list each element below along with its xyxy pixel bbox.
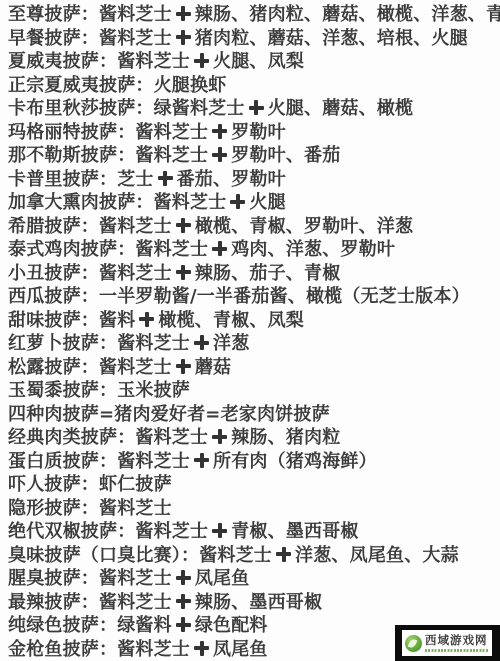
plus-icon	[212, 523, 227, 538]
plus-icon	[139, 312, 154, 327]
recipe-toppings: 凤尾鱼	[195, 568, 250, 589]
recipe-toppings: 辣肠、墨西哥椒	[195, 592, 322, 613]
recipe-toppings: 猪肉粒、蘑菇、洋葱、培根、火腿	[195, 28, 468, 49]
recipe-row: 正宗夏威夷披萨：火腿换虾	[8, 74, 500, 98]
recipe-toppings: 鸡肉、洋葱、罗勒叶	[231, 239, 395, 260]
recipe-row: 松露披萨：酱料芝士蘑菇	[8, 356, 500, 380]
recipe-base: 酱料芝士	[99, 216, 172, 237]
recipe-toppings: 罗勒叶、番茄	[231, 145, 340, 166]
recipe-base: 酱料芝士	[99, 263, 172, 284]
pizza-name: 玉蜀黍披萨：	[8, 380, 117, 401]
recipe-row: 泰式鸡肉披萨：酱料芝士鸡肉、洋葱、罗勒叶	[8, 238, 500, 262]
plus-icon	[212, 429, 227, 444]
plus-icon	[176, 359, 191, 374]
pizza-name: 正宗夏威夷披萨：	[8, 75, 154, 96]
recipe-row: 卡普里披萨：芝士番茄、罗勒叶	[8, 168, 500, 192]
recipe-base: 酱料芝士	[117, 51, 190, 72]
recipe-toppings: 火腿、凤梨	[213, 51, 304, 72]
recipe-row: 小丑披萨：酱料芝士辣肠、茄子、青椒	[8, 262, 500, 286]
recipe-base: 玉米披萨	[117, 380, 190, 401]
plus-icon	[176, 218, 191, 233]
pizza-name: 经典肉类披萨：	[8, 427, 135, 448]
pizza-name: 腥臭披萨：	[8, 568, 99, 589]
recipe-toppings: 洋葱	[213, 333, 249, 354]
pizza-name: 卡普里披萨：	[8, 169, 117, 190]
recipe-base: 酱料芝士	[199, 545, 272, 566]
pizza-name: 至尊披萨：	[8, 4, 99, 25]
plus-icon	[212, 124, 227, 139]
recipe-base: 酱料芝士	[99, 357, 172, 378]
recipe-base: 酱料芝士	[135, 239, 208, 260]
recipe-base: 酱料芝士	[117, 451, 190, 472]
pizza-name: 泰式鸡肉披萨：	[8, 239, 135, 260]
plus-icon	[194, 335, 209, 350]
recipe-row: 臭味披萨（口臭比赛）：酱料芝士洋葱、凤尾鱼、大蒜	[8, 544, 500, 568]
recipe-row: 隐形披萨：酱料芝士	[8, 497, 500, 521]
recipe-base: 酱料芝士	[99, 4, 172, 25]
plus-icon	[276, 547, 291, 562]
recipe-row: 玛格丽特披萨：酱料芝士罗勒叶	[8, 121, 500, 145]
recipe-base: 酱料	[99, 310, 135, 331]
plus-icon	[176, 30, 191, 45]
plus-icon	[176, 594, 191, 609]
recipe-row: 那不勒斯披萨：酱料芝士罗勒叶、番茄	[8, 144, 500, 168]
plus-icon	[194, 53, 209, 68]
pizza-name: 甜味披萨：	[8, 310, 99, 331]
recipe-toppings: 辣肠、猪肉粒、蘑菇、橄榄、洋葱、青椒	[195, 4, 500, 25]
pizza-name: 松露披萨：	[8, 357, 99, 378]
plus-icon	[230, 194, 245, 209]
pizza-name: 红萝卜披萨：	[8, 333, 117, 354]
recipe-base: 猪肉爱好者=老家肉饼披萨	[114, 404, 329, 425]
pizza-name: 西瓜披萨：	[8, 286, 99, 307]
site-logo-icon	[405, 635, 422, 652]
recipe-base: 酱料芝士	[117, 639, 190, 660]
recipe-base: 酱料芝士	[135, 145, 208, 166]
recipe-toppings: 青椒、墨西哥椒	[231, 521, 358, 542]
recipe-toppings: 洋葱、凤尾鱼、大蒜	[295, 545, 459, 566]
recipe-base: 绿酱料	[117, 615, 172, 636]
plus-icon	[158, 171, 173, 186]
pizza-name: 早餐披萨：	[8, 28, 99, 49]
pizza-name: 隐形披萨：	[8, 498, 99, 519]
recipe-base: 一半罗勒酱/一半番茄酱、橄榄（无芝士版本）	[99, 286, 470, 307]
recipe-row: 最辣披萨：酱料芝士辣肠、墨西哥椒	[8, 591, 500, 615]
pizza-name: 希腊披萨：	[8, 216, 99, 237]
recipe-row: 玉蜀黍披萨：玉米披萨	[8, 379, 500, 403]
watermark: 西域游戏网	[402, 630, 492, 656]
plus-icon	[194, 641, 209, 656]
recipe-list: 至尊披萨：酱料芝士辣肠、猪肉粒、蘑菇、橄榄、洋葱、青椒 早餐披萨：酱料芝士猪肉粒…	[8, 3, 500, 661]
recipe-base: 酱料芝士	[99, 592, 172, 613]
recipe-toppings: 绿色配料	[195, 615, 268, 636]
recipe-row: 卡布里秋莎披萨：绿酱料芝士火腿、蘑菇、橄榄	[8, 97, 500, 121]
pizza-name: 四种肉披萨=	[8, 404, 114, 425]
recipe-base: 酱料芝士	[99, 28, 172, 49]
pizza-name: 加拿大熏肉披萨：	[8, 192, 154, 213]
recipe-toppings: 火腿、蘑菇、橄榄	[268, 98, 414, 119]
recipe-base: 酱料芝士	[135, 427, 208, 448]
recipe-toppings: 辣肠、猪肉粒	[231, 427, 340, 448]
pizza-name: 小丑披萨：	[8, 263, 99, 284]
pizza-name: 卡布里秋莎披萨：	[8, 98, 154, 119]
recipe-base: 酱料芝士	[117, 333, 190, 354]
pizza-name: 夏威夷披萨：	[8, 51, 117, 72]
recipe-toppings: 橄榄、青椒、罗勒叶、洋葱	[195, 216, 413, 237]
recipe-row: 早餐披萨：酱料芝士猪肉粒、蘑菇、洋葱、培根、火腿	[8, 27, 500, 51]
plus-icon	[249, 100, 264, 115]
recipe-base: 芝士	[117, 169, 153, 190]
recipe-base: 火腿换虾	[154, 75, 227, 96]
recipe-row: 甜味披萨：酱料橄榄、青椒、凤梨	[8, 309, 500, 333]
recipe-row: 西瓜披萨：一半罗勒酱/一半番茄酱、橄榄（无芝士版本）	[8, 285, 500, 309]
plus-icon	[212, 241, 227, 256]
recipe-row: 经典肉类披萨：酱料芝士辣肠、猪肉粒	[8, 426, 500, 450]
plus-icon	[176, 617, 191, 632]
plus-icon	[176, 570, 191, 585]
plus-icon	[212, 147, 227, 162]
site-subtext-line	[425, 649, 489, 652]
recipe-toppings: 番茄、罗勒叶	[177, 169, 286, 190]
recipe-base: 酱料芝士	[135, 521, 208, 542]
recipe-base: 酱料芝士	[154, 192, 227, 213]
pizza-name: 吓人披萨：	[8, 474, 99, 495]
pizza-name: 臭味披萨（口臭比赛）：	[8, 545, 199, 566]
recipe-base: 酱料芝士	[99, 498, 172, 519]
recipe-base: 虾仁披萨	[99, 474, 172, 495]
recipe-row: 红萝卜披萨：酱料芝士洋葱	[8, 332, 500, 356]
recipe-row: 四种肉披萨=猪肉爱好者=老家肉饼披萨	[8, 403, 500, 427]
recipe-row: 吓人披萨：虾仁披萨	[8, 473, 500, 497]
recipe-row: 加拿大熏肉披萨：酱料芝士火腿	[8, 191, 500, 215]
watermark-patch: 西域游戏网	[395, 625, 500, 661]
recipe-toppings: 火腿	[249, 192, 285, 213]
recipe-base: 酱料芝士	[135, 122, 208, 143]
pizza-name: 那不勒斯披萨：	[8, 145, 135, 166]
recipe-base: 酱料芝士	[99, 568, 172, 589]
recipe-toppings: 蘑菇	[195, 357, 231, 378]
recipe-guide-page: 至尊披萨：酱料芝士辣肠、猪肉粒、蘑菇、橄榄、洋葱、青椒 早餐披萨：酱料芝士猪肉粒…	[0, 0, 500, 661]
pizza-name: 绝代双椒披萨：	[8, 521, 135, 542]
plus-icon	[176, 6, 191, 21]
pizza-name: 纯绿色披萨：	[8, 615, 117, 636]
pizza-name: 最辣披萨：	[8, 592, 99, 613]
recipe-row: 蛋白质披萨：酱料芝士所有肉（猪鸡海鲜）	[8, 450, 500, 474]
recipe-toppings: 所有肉（猪鸡海鲜）	[213, 451, 377, 472]
plus-icon	[176, 265, 191, 280]
recipe-toppings: 罗勒叶	[231, 122, 286, 143]
pizza-name: 蛋白质披萨：	[8, 451, 117, 472]
recipe-toppings: 凤尾鱼	[213, 639, 268, 660]
recipe-row: 至尊披萨：酱料芝士辣肠、猪肉粒、蘑菇、橄榄、洋葱、青椒	[8, 3, 500, 27]
pizza-name: 玛格丽特披萨：	[8, 122, 135, 143]
recipe-toppings: 橄榄、青椒、凤梨	[158, 310, 304, 331]
recipe-toppings: 辣肠、茄子、青椒	[195, 263, 341, 284]
recipe-row: 腥臭披萨：酱料芝士凤尾鱼	[8, 567, 500, 591]
recipe-row: 希腊披萨：酱料芝士橄榄、青椒、罗勒叶、洋葱	[8, 215, 500, 239]
site-name: 西域游戏网	[425, 634, 489, 647]
recipe-row: 夏威夷披萨：酱料芝士火腿、凤梨	[8, 50, 500, 74]
recipe-row: 绝代双椒披萨：酱料芝士青椒、墨西哥椒	[8, 520, 500, 544]
plus-icon	[194, 453, 209, 468]
recipe-base: 绿酱料芝士	[154, 98, 245, 119]
pizza-name: 金枪鱼披萨：	[8, 639, 117, 660]
